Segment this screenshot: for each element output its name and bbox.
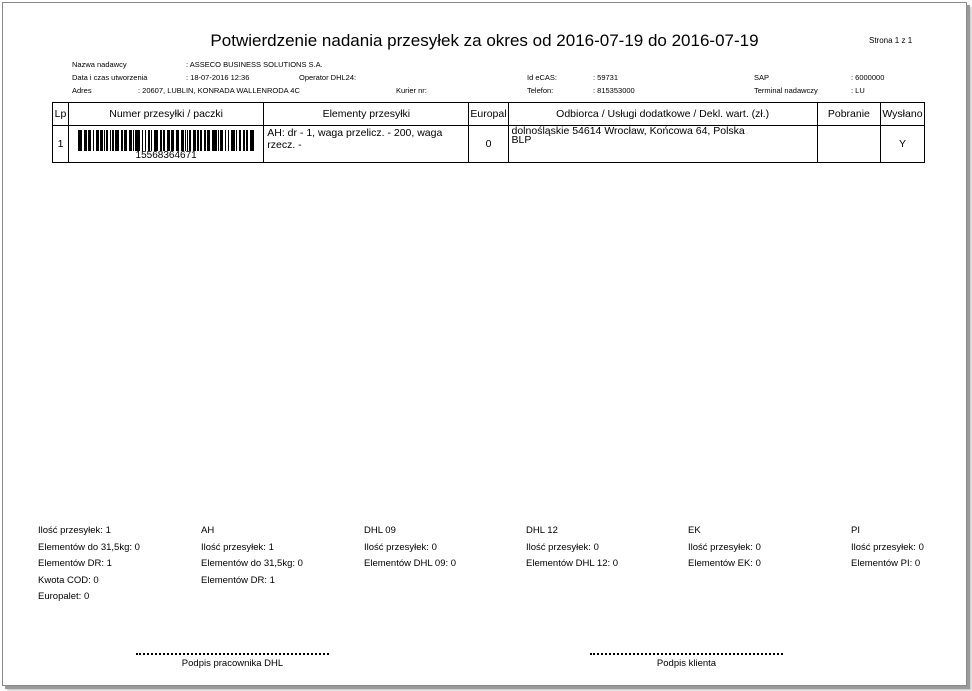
summary-general-item: Elementów do 31,5kg: 0 bbox=[38, 540, 140, 557]
operator-label: Operator DHL24: bbox=[299, 73, 356, 82]
ecas-value: : 59731 bbox=[593, 73, 618, 82]
row-lp: 1 bbox=[53, 126, 69, 163]
summary-ek-item: Elementów EK: 0 bbox=[688, 556, 761, 573]
col-header-lp: Lp bbox=[53, 103, 69, 126]
page-indicator: Strona 1 z 1 bbox=[869, 36, 912, 45]
summary-general-item: Elementów DR: 1 bbox=[38, 556, 140, 573]
recipient-services: BLP bbox=[512, 136, 814, 145]
table-row: 1 15568364671 AH: dr - 1, waga przelicz.… bbox=[53, 126, 925, 163]
created-label: Data i czas utworzenia bbox=[72, 73, 147, 82]
sap-value: : 6000000 bbox=[851, 73, 884, 82]
ecas-label: Id eCAS: bbox=[527, 73, 557, 82]
sender-name-label: Nazwa nadawcy bbox=[72, 60, 127, 69]
summary-general: Ilość przesyłek: 1 Elementów do 31,5kg: … bbox=[38, 523, 140, 606]
summary-dhl09-item: Ilość przesyłek: 0 bbox=[364, 540, 456, 557]
summary-pi-item: Ilość przesyłek: 0 bbox=[851, 540, 924, 557]
created-value: : 18-07-2016 12:36 bbox=[186, 73, 249, 82]
col-header-number: Numer przesyłki / paczki bbox=[69, 103, 264, 126]
phone-label: Telefon: bbox=[527, 86, 553, 95]
summary-ah: AH Ilość przesyłek: 1 Elementów do 31,5k… bbox=[201, 523, 303, 589]
summary-ah-title: AH bbox=[201, 523, 303, 540]
summary-ah-item: Ilość przesyłek: 1 bbox=[201, 540, 303, 557]
shipments-table: Lp Numer przesyłki / paczki Elementy prz… bbox=[52, 102, 925, 163]
summary-dhl12-item: Elementów DHL 12: 0 bbox=[526, 556, 618, 573]
address-label: Adres bbox=[72, 86, 92, 95]
summary-ek-title: EK bbox=[688, 523, 761, 540]
document-page: Potwierdzenie nadania przesyłek za okres… bbox=[2, 2, 967, 686]
summary-dhl12-item: Ilość przesyłek: 0 bbox=[526, 540, 618, 557]
summary-general-item: Ilość przesyłek: 1 bbox=[38, 523, 140, 540]
row-elements: AH: dr - 1, waga przelicz. - 200, waga r… bbox=[264, 126, 469, 163]
terminal-label: Terminal nadawczy bbox=[754, 86, 818, 95]
signature-dhl-label: Podpis pracownika DHL bbox=[136, 658, 329, 669]
col-header-cod: Pobranie bbox=[817, 103, 880, 126]
col-header-sent: Wysłano bbox=[880, 103, 924, 126]
row-number-cell: 15568364671 bbox=[69, 126, 264, 163]
summary-general-item: Europalet: 0 bbox=[38, 589, 140, 606]
courier-label: Kurier nr: bbox=[396, 86, 427, 95]
signature-line bbox=[590, 653, 783, 655]
summary-general-item: Kwota COD: 0 bbox=[38, 573, 140, 590]
signature-dhl: Podpis pracownika DHL bbox=[136, 653, 329, 669]
signature-client: Podpis klienta bbox=[590, 653, 783, 669]
sap-label: SAP bbox=[754, 73, 769, 82]
table-header-row: Lp Numer przesyłki / paczki Elementy prz… bbox=[53, 103, 925, 126]
row-recipient: dolnośląskie 54614 Wrocław, Końcowa 64, … bbox=[508, 126, 817, 163]
col-header-elements: Elementy przesyłki bbox=[264, 103, 469, 126]
row-cod bbox=[817, 126, 880, 163]
shipment-number: 15568364671 bbox=[69, 151, 263, 161]
phone-value: : 815353000 bbox=[593, 86, 635, 95]
col-header-recipient: Odbiorca / Usługi dodatkowe / Dekl. wart… bbox=[508, 103, 817, 126]
row-europal: 0 bbox=[469, 126, 508, 163]
col-header-europal: Europal bbox=[469, 103, 508, 126]
summary-dhl12-title: DHL 12 bbox=[526, 523, 618, 540]
barcode-image bbox=[78, 130, 254, 151]
summary-ah-item: Elementów do 31,5kg: 0 bbox=[201, 556, 303, 573]
summary-dhl09: DHL 09 Ilość przesyłek: 0 Elementów DHL … bbox=[364, 523, 456, 573]
recipient-address: dolnośląskie 54614 Wrocław, Końcowa 64, … bbox=[512, 127, 814, 136]
address-value: : 20607, LUBLIN, KONRADA WALLENRODA 4C bbox=[138, 86, 300, 95]
terminal-value: : LU bbox=[851, 86, 865, 95]
summary-ah-item: Elementów DR: 1 bbox=[201, 573, 303, 590]
summary-pi: PI Ilość przesyłek: 0 Elementów PI: 0 bbox=[851, 523, 924, 573]
summary-ek-item: Ilość przesyłek: 0 bbox=[688, 540, 761, 557]
document-title: Potwierdzenie nadania przesyłek za okres… bbox=[3, 31, 966, 51]
summary-dhl09-item: Elementów DHL 09: 0 bbox=[364, 556, 456, 573]
row-sent: Y bbox=[880, 126, 924, 163]
signature-client-label: Podpis klienta bbox=[590, 658, 783, 669]
summary-pi-item: Elementów PI: 0 bbox=[851, 556, 924, 573]
summary-dhl12: DHL 12 Ilość przesyłek: 0 Elementów DHL … bbox=[526, 523, 618, 573]
summary-pi-title: PI bbox=[851, 523, 924, 540]
signature-line bbox=[136, 653, 329, 655]
summary-dhl09-title: DHL 09 bbox=[364, 523, 456, 540]
summary-ek: EK Ilość przesyłek: 0 Elementów EK: 0 bbox=[688, 523, 761, 573]
sender-name-value: : ASSECO BUSINESS SOLUTIONS S.A. bbox=[186, 60, 323, 69]
